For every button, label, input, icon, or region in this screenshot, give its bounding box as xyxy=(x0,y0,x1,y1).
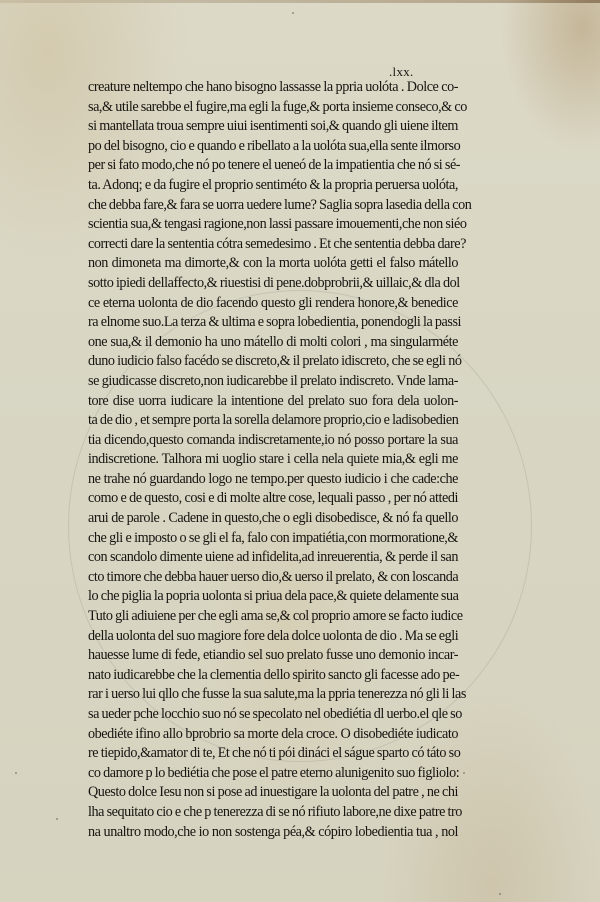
body-text: creature neltempo che hano bisogno lassa… xyxy=(88,78,458,842)
text-line: Tuto gli adiuiene per che egli ama se,& … xyxy=(88,607,458,627)
text-line: re tiepido,&amator di te, Et che nó ti p… xyxy=(88,744,458,764)
text-line: ra elnome suo.La terza & ultima e sopra … xyxy=(88,313,458,333)
text-line: indiscretione. Talhora mi uoglio stare i… xyxy=(88,450,458,470)
text-line: ce eterna uolonta de dio facendo questo … xyxy=(88,294,458,314)
text-line: non dimoneta ma dimorte,& con la morta u… xyxy=(88,254,458,274)
text-line: che gli e imposto o se gli el fa, falo c… xyxy=(88,529,458,549)
text-line: sa ueder pche locchio suo nó se specolat… xyxy=(88,705,458,725)
text-line: ta. Adonq; e da fugire el proprio sentim… xyxy=(88,176,458,196)
text-line: po del bisogno, cio e quando e ribellato… xyxy=(88,137,458,157)
text-line: hauesse lume di fede, etiandio sel suo p… xyxy=(88,646,458,666)
text-line: ta de dio , et sempre porta la sorella d… xyxy=(88,411,458,431)
text-line: obediéte ifino allo bprobrio sa morte de… xyxy=(88,725,458,745)
text-line: della uolonta del suo magiore fore dela … xyxy=(88,627,458,647)
text-line: cto timore che debba hauer uerso dio,& u… xyxy=(88,568,458,588)
text-line: Questo dolce Iesu non si pose ad inuesti… xyxy=(88,783,458,803)
text-line: scientia sua,& tengasi ragione,non lassi… xyxy=(88,215,458,235)
paper-speck xyxy=(56,818,58,820)
paper-speck xyxy=(15,772,17,774)
text-line: si mantellata troua sempre uiui isentime… xyxy=(88,117,458,137)
text-line: como e de questo, cosi e di molte altre … xyxy=(88,489,458,509)
text-line: sotto ipiedi dellaffecto,& riuestisi di … xyxy=(88,274,458,294)
text-line: tia dicendo,questo comanda indiscretamen… xyxy=(88,431,458,451)
text-line: creature neltempo che hano bisogno lassa… xyxy=(88,78,458,98)
text-line: sa,& utile sarebbe el fugire,ma egli la … xyxy=(88,98,458,118)
text-line: se giudicasse discreto,non iudicarebbe i… xyxy=(88,372,458,392)
paper-speck xyxy=(463,772,465,774)
text-line: duno iudicio falso facédo se discreto,& … xyxy=(88,352,458,372)
page-top-edge xyxy=(0,0,600,3)
text-line: lo che piglia la popria uolonta si priua… xyxy=(88,587,458,607)
text-line: che debba fare,& fara se uorra uedere lu… xyxy=(88,196,458,216)
text-line: con scandolo dimente uiene ad infidelita… xyxy=(88,548,458,568)
text-line: ne trahe nó guardando logo ne tempo.per … xyxy=(88,470,458,490)
text-line: nato iudicarebbe che la clementia dello … xyxy=(88,666,458,686)
text-line: correcti dare la sententia cótra semedes… xyxy=(88,235,458,255)
paper-speck xyxy=(292,12,294,14)
text-line: na unaltro modo,che io non sostenga péa,… xyxy=(88,823,458,843)
text-line: tore dise uorra iudicare la intentione d… xyxy=(88,392,458,412)
text-line: per si fato modo,che nó po tenere el uen… xyxy=(88,156,458,176)
book-page: .lxx. creature neltempo che hano bisogno… xyxy=(0,0,600,902)
text-line: rar i uerso lui qllo che fusse la sua sa… xyxy=(88,685,458,705)
paper-speck xyxy=(499,893,501,895)
text-line: arui de parole . Cadene in questo,che o … xyxy=(88,509,458,529)
text-line: lha sequitato cio e che p tenerezza di s… xyxy=(88,803,458,823)
text-line: co damore p lo bediétia che pose el patr… xyxy=(88,764,458,784)
text-line: one sua,& il demonio ha uno mátello di m… xyxy=(88,333,458,353)
